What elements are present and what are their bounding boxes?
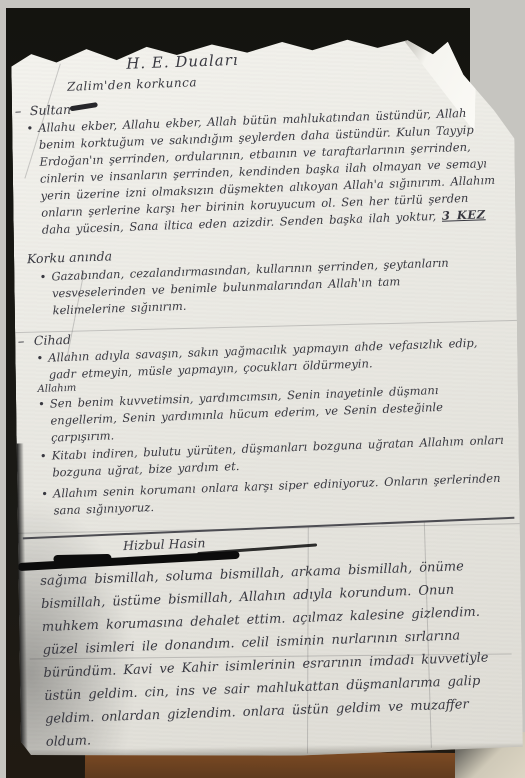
bullet-icon: • xyxy=(38,396,47,447)
paper-sheet: H. E. Duaları Zalim'den korkunca – Sulta… xyxy=(11,35,523,760)
paragraph-text: Allahın adıyla savaşın, sakın yağmacılık… xyxy=(48,334,493,383)
section-heading-korku: Korku anında xyxy=(27,248,113,266)
paragraph-text: sağıma bismillah, soluma bismillah, arka… xyxy=(40,554,504,754)
pen-divider-line xyxy=(23,517,515,540)
bullet-icon: • xyxy=(41,486,49,520)
bullet-icon: • xyxy=(26,120,37,239)
page-title: H. E. Duaları xyxy=(126,51,239,73)
paragraph-sultan: • Allahu ekber, Allahu ekber, Allah bütü… xyxy=(26,104,502,239)
paragraph-text: Gazabından, cezalandırmasından, kulların… xyxy=(51,254,479,320)
page-subtitle: Zalim'den korkunca xyxy=(67,75,197,94)
bullet-icon: • xyxy=(40,448,48,482)
bullet-icon: • xyxy=(39,269,48,320)
photo-frame: H. E. Duaları Zalim'den korkunca – Sulta… xyxy=(0,0,525,778)
section-heading-sultan: Sultan xyxy=(30,102,72,118)
paragraph-cihad-1: • Allahın adıyla savaşın, sakın yağmacıl… xyxy=(36,334,493,384)
dash-marker: – xyxy=(18,334,25,349)
bullet-icon: • xyxy=(36,350,44,384)
section-heading-cihad: Cihad xyxy=(34,332,72,348)
dash-marker: – xyxy=(15,104,22,119)
ink-scribble xyxy=(70,102,98,111)
handwritten-content: H. E. Duaları Zalim'den korkunca – Sulta… xyxy=(4,29,525,764)
section-heading-hizbul-hasin: Hizbul Hasin xyxy=(123,535,206,553)
paragraph-text: Allahu ekber, Allahu ekber, Allah bütün … xyxy=(38,104,502,239)
paragraph-hizbul-hasin: sağıma bismillah, soluma bismillah, arka… xyxy=(40,554,504,754)
repeat-count-note: 3 KEZ xyxy=(442,207,486,223)
inserted-word: Allahım xyxy=(37,383,76,395)
